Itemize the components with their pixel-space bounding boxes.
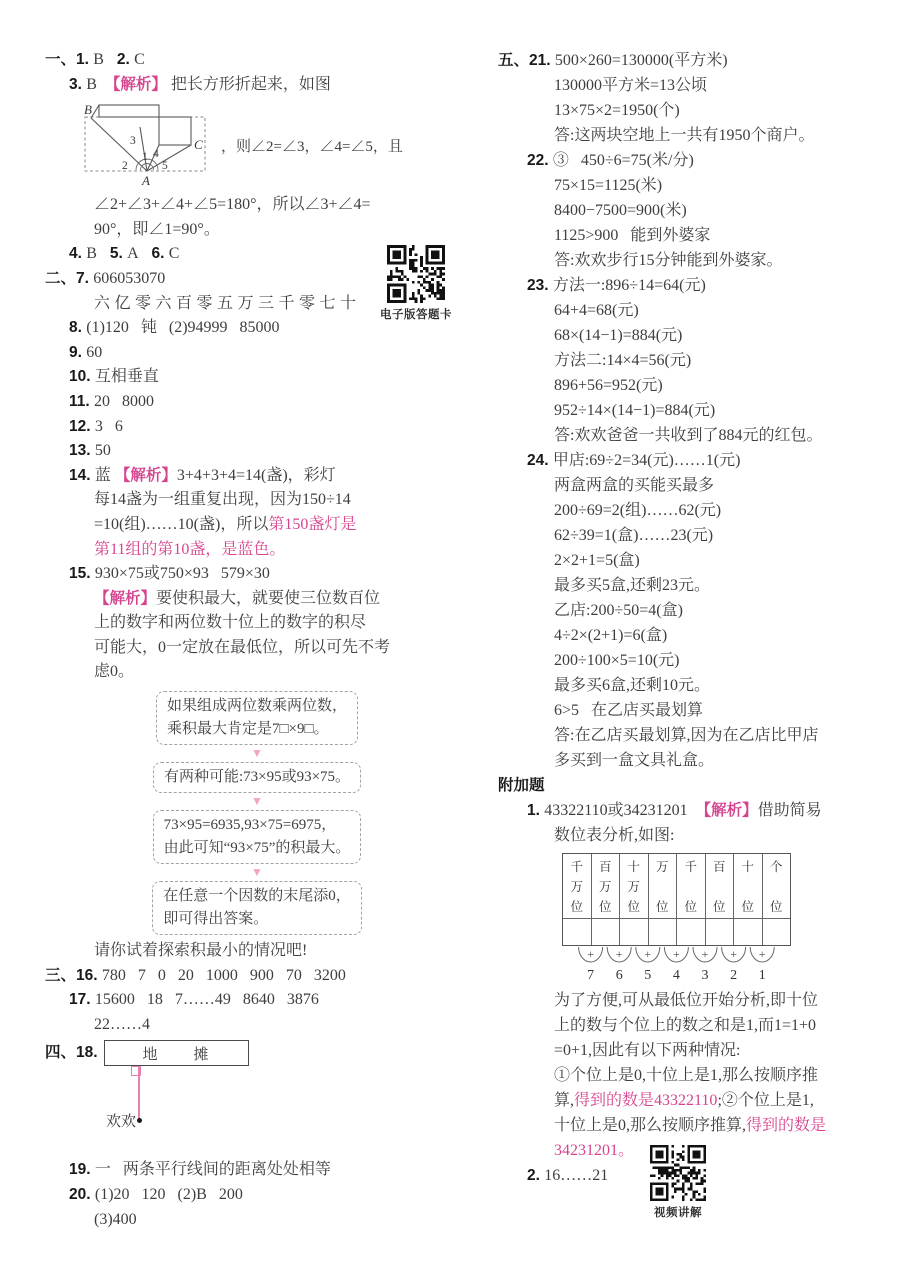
answer-line: 答:在乙店买最划算,因为在乙店比甲店 xyxy=(498,723,894,748)
answer-line: 方法二:14×4=56(元) xyxy=(498,348,894,373)
fold-right-flap xyxy=(159,117,191,145)
header-char: 千 xyxy=(570,857,583,875)
left-column: 一、1. B 2. C3. B 【解析】 把长方形折起来，如图 B A C 3 … xyxy=(45,48,469,1232)
fold-side-text: ，则∠2=∠3，∠4=∠5，且 xyxy=(221,135,403,156)
text-segment: ①个位上是0,十位上是1,那么按顺序推 xyxy=(554,1067,818,1084)
answer-line: 22……4 xyxy=(45,1013,469,1038)
qr-label: 视频讲解 xyxy=(636,1204,720,1220)
answer-line: 68×(14−1)=884(元) xyxy=(498,323,894,348)
answer-line: ∠2+∠3+∠4+∠5=180°，所以∠3+∠4= xyxy=(45,193,469,218)
pairing-arcs: +7+6+5+4+3+2+1 xyxy=(562,946,791,984)
pair-sum-label: 1 xyxy=(759,968,766,983)
answer-line: 22. ③ 450÷6=75(米/分) xyxy=(498,148,894,173)
text-segment: 最多买5盒,还剩23元。 xyxy=(554,577,710,594)
digit-cell xyxy=(763,918,791,945)
down-arrow-icon: ▼ xyxy=(45,745,469,762)
digit-cell xyxy=(592,918,620,945)
text-segment: 22. xyxy=(527,152,553,169)
text-segment: 最多买6盒,还剩10元。 xyxy=(554,677,710,694)
fold-diagram: B A C 3 1 4 2 5 xyxy=(79,101,217,189)
answer-line: 90°，即∠1=90°。 xyxy=(45,218,469,243)
text-segment: 130000平方米=13公顷 xyxy=(554,77,707,94)
text-segment: 多买到一盒文具礼盒。 xyxy=(554,752,714,769)
text-segment: 75×15=1125(米) xyxy=(554,177,662,194)
answer-line: 3. B 【解析】 把长方形折起来，如图 xyxy=(45,73,469,98)
answer-line: 答:欢欢步行15分钟能到外婆家。 xyxy=(498,248,894,273)
answer-line: 10. 互相垂直 xyxy=(45,365,469,390)
stall-diagram: 地 摊 欢欢 xyxy=(104,1040,249,1146)
plus-sign: + xyxy=(616,947,623,961)
text-segment: 500×260=130000(平方米) xyxy=(555,52,728,69)
text-segment: 64+4=68(元) xyxy=(554,302,639,319)
text-segment: 8400−7500=900(米) xyxy=(554,202,687,219)
answer-line: 【解析】要使积最大，就要使三位数百位 xyxy=(45,587,469,612)
down-arrow-icon: ▼ xyxy=(45,864,469,881)
text-segment: 答:欢欢步行15分钟能到外婆家。 xyxy=(554,252,782,269)
text-segment: 一 两条平行线间的距离处处相等 xyxy=(95,1161,331,1178)
answer-line: 一、1. B 2. C xyxy=(45,48,469,73)
answer-line: 最多买5盒,还剩23元。 xyxy=(498,573,894,598)
text-segment: 22……4 xyxy=(94,1016,150,1033)
text-segment: 算, xyxy=(554,1092,574,1109)
text-segment: 得到的数是43322110 xyxy=(574,1092,717,1109)
header-char: 万 xyxy=(656,857,669,875)
answer-line: 13. 50 xyxy=(45,439,469,464)
answer-line: 11. 20 8000 xyxy=(45,390,469,415)
text-segment: 【解析】 xyxy=(115,467,177,484)
answer-line: =10(组)……10(盏)，所以第150盏灯是 xyxy=(45,513,469,538)
text-segment: B xyxy=(86,76,105,93)
place-value-column: 十位 xyxy=(733,854,762,945)
vertex-label-a: A xyxy=(141,173,150,188)
text-segment: 24. xyxy=(527,452,553,469)
flowchart-box: 73×95=6935,93×75=6975，由此可知“93×75”的积最大。 xyxy=(153,810,362,864)
header-char: 万 xyxy=(570,877,583,895)
text-segment: 答:欢欢爸爸一共收到了884元的红包。 xyxy=(554,427,822,444)
flowchart-box-line: 有两种可能:73×95或93×75。 xyxy=(164,766,350,789)
text-segment: 2×2+1=5(盒) xyxy=(554,552,640,569)
text-segment: 上的数与个位上的数之和是1,而1=1+0 xyxy=(554,1017,816,1034)
answer-line: 952÷14×(14−1)=884(元) xyxy=(498,398,894,423)
place-value-column: 千万位 xyxy=(563,854,591,945)
digit-cell xyxy=(734,918,762,945)
text-segment: 得到的数是 xyxy=(746,1117,826,1134)
text-segment: 1. xyxy=(527,802,544,819)
text-segment: 虑0。 xyxy=(94,663,134,680)
text-segment: 可能大，0一定放在最低位，所以可先不考 xyxy=(94,639,390,656)
place-value-column: 百位 xyxy=(705,854,734,945)
answer-line: 可能大，0一定放在最低位，所以可先不考 xyxy=(45,636,469,661)
text-segment: =0+1,因此有以下两种情况: xyxy=(554,1042,741,1059)
answer-line: 算,得到的数是43322110;②个位上是1, xyxy=(498,1088,894,1113)
answer-line: 64+4=68(元) xyxy=(498,298,894,323)
place-value-header: 千万位 xyxy=(563,854,591,918)
text-segment: 3 6 xyxy=(95,418,123,435)
answer-line: 虑0。 xyxy=(45,660,469,685)
text-segment: 8. xyxy=(69,319,86,336)
answer-lines-group: 请你试着探索积最小的情况吧!三、16. 780 7 0 20 1000 900 … xyxy=(45,939,469,1037)
answer-lines-group: 五、21. 500×260=130000(平方米)130000平方米=13公顷1… xyxy=(498,48,894,848)
text-segment: 六亿零六百零五万三千零七十 xyxy=(94,295,361,312)
text-segment: ③ 450÷6=75(米/分) xyxy=(553,152,694,169)
answer-line: 23. 方法一:896÷14=64(元) xyxy=(498,273,894,298)
answer-line: 75×15=1125(米) xyxy=(498,173,894,198)
text-segment: 19. xyxy=(69,1161,95,1178)
flowchart-box: 如果组成两位数乘两位数，乘积最大肯定是7□×9□。 xyxy=(156,691,358,745)
text-segment: (1)120 钝 (2)94999 85000 xyxy=(86,319,279,336)
flowchart-box-line: 乘积最大肯定是7□×9□。 xyxy=(167,718,347,741)
text-segment: 6>5 在乙店买最划算 xyxy=(554,702,703,719)
header-char: 万 xyxy=(599,877,612,895)
text-segment: 200÷100×5=10(元) xyxy=(554,652,680,669)
text-segment: 【解析】 xyxy=(105,76,167,93)
text-segment: 896+56=952(元) xyxy=(554,377,663,394)
answer-line: 多买到一盒文具礼盒。 xyxy=(498,748,894,773)
header-char: 位 xyxy=(599,897,612,915)
text-segment: 62÷39=1(盒)……23(元) xyxy=(554,527,713,544)
text-segment: 606053070 xyxy=(93,270,165,287)
text-segment: 3+4+3+4=14(盏)，彩灯 xyxy=(177,467,336,484)
answer-line: 每14盏为一组重复出现，因为150÷14 xyxy=(45,488,469,513)
text-segment: 一、1. xyxy=(45,51,93,68)
header-char: 位 xyxy=(627,897,640,915)
text-segment: 5. xyxy=(97,245,127,262)
header-char: 千 xyxy=(684,857,697,875)
digit-cell xyxy=(620,918,648,945)
answer-line: 乙店:200÷50=4(盒) xyxy=(498,598,894,623)
answer-line: 五、21. 500×260=130000(平方米) xyxy=(498,48,894,73)
text-segment: 60 xyxy=(86,344,102,361)
stall-diagram-row: 四、18. 地 摊 欢欢 xyxy=(45,1040,469,1146)
flowchart: 如果组成两位数乘两位数，乘积最大肯定是7□×9□。▼有两种可能:73×95或93… xyxy=(45,691,469,935)
text-segment: 16……21 xyxy=(544,1167,608,1184)
angle-label-2: 2 xyxy=(122,160,128,172)
answer-lines-group: 19. 一 两条平行线间的距离处处相等20. (1)20 120 (2)B 20… xyxy=(45,1158,469,1232)
flowchart-box: 有两种可能:73×95或93×75。 xyxy=(153,762,361,793)
answer-line: 为了方便,可从最低位开始分析,即十位 xyxy=(498,988,894,1013)
place-value-header: 千位 xyxy=(677,854,705,918)
plus-sign: + xyxy=(730,947,737,961)
place-value-columns: 千万位百万位十万位万位千位百位十位个位 xyxy=(562,853,791,946)
down-arrow-icon: ▼ xyxy=(45,793,469,810)
text-segment: B xyxy=(86,245,97,262)
plus-sign: + xyxy=(759,947,766,961)
place-value-header: 百位 xyxy=(706,854,734,918)
text-segment: 15600 18 7……49 8640 3876 xyxy=(95,991,319,1008)
right-column: 五、21. 500×260=130000(平方米)130000平方米=13公顷1… xyxy=(498,48,894,1188)
text-segment: 23. xyxy=(527,277,553,294)
place-value-header: 个位 xyxy=(763,854,791,918)
header-char: 位 xyxy=(656,897,669,915)
text-segment: 1125>900 能到外婆家 xyxy=(554,227,710,244)
text-segment: 15. xyxy=(69,565,95,582)
flowchart-box-line: 在任意一个因数的末尾添0， xyxy=(163,885,351,908)
text-segment: 第150盏灯是 xyxy=(268,516,356,533)
pair-sum-label: 6 xyxy=(616,968,623,983)
text-segment: 答:这两块空地上一共有1950个商户。 xyxy=(554,127,814,144)
text-segment: 【解析】 xyxy=(94,590,156,607)
text-segment: 乙店:200÷50=4(盒) xyxy=(554,602,683,619)
answer-line: 8400−7500=900(米) xyxy=(498,198,894,223)
text-segment: 两盒两盒的买能买最多 xyxy=(554,477,714,494)
page: 一、1. B 2. C3. B 【解析】 把长方形折起来，如图 B A C 3 … xyxy=(0,0,900,1273)
place-value-column: 十万位 xyxy=(619,854,648,945)
qr-code xyxy=(650,1145,706,1201)
text-segment: 68×(14−1)=884(元) xyxy=(554,327,682,344)
answer-lines-group: 一、1. B 2. C3. B 【解析】 把长方形折起来，如图 xyxy=(45,48,469,97)
header-char: 位 xyxy=(770,897,783,915)
text-segment: B xyxy=(93,51,104,68)
text-segment: 20. xyxy=(69,1186,95,1203)
text-segment: 780 7 0 20 1000 900 70 3200 xyxy=(102,967,346,984)
answer-line: 上的数字和两位数十位上的数字的积尽 xyxy=(45,611,469,636)
text-segment: 三、16. xyxy=(45,967,102,984)
text-segment: C xyxy=(134,51,145,68)
text-segment: 把长方形折起来，如图 xyxy=(167,76,331,93)
answer-line: 200÷69=2(组)……62(元) xyxy=(498,498,894,523)
text-segment: 14. xyxy=(69,467,95,484)
text-segment: 上的数字和两位数十位上的数字的积尽 xyxy=(94,614,366,631)
text-segment: 十位上是0,那么按顺序推算, xyxy=(554,1117,746,1134)
flowchart-box: 在任意一个因数的末尾添0，即可得出答案。 xyxy=(152,881,362,935)
text-segment: 互相垂直 xyxy=(95,368,159,385)
flowchart-box-line: 由此可知“93×75”的积最大。 xyxy=(164,837,351,860)
pair-sum-label: 4 xyxy=(673,968,680,983)
place-value-header: 十万位 xyxy=(620,854,648,918)
answer-line: 13×75×2=1950(个) xyxy=(498,98,894,123)
header-char: 位 xyxy=(570,897,583,915)
stall-drop: 欢欢 xyxy=(104,1066,249,1142)
digit-cell xyxy=(706,918,734,945)
answer-line: 1. 43322110或34231201 【解析】借助简易 xyxy=(498,798,894,823)
place-value-column: 百万位 xyxy=(591,854,620,945)
answer-line: 第11组的第10盏，是蓝色。 xyxy=(45,538,469,563)
place-value-column: 千位 xyxy=(676,854,705,945)
text-segment: 第11组的第10盏，是蓝色。 xyxy=(94,541,285,558)
fold-top-flap xyxy=(99,105,159,117)
digit-cell xyxy=(677,918,705,945)
text-segment: 200÷69=2(组)……62(元) xyxy=(554,502,721,519)
place-value-header: 十位 xyxy=(734,854,762,918)
text-segment: A xyxy=(127,245,139,262)
text-segment: 4. xyxy=(69,245,86,262)
answer-line: 附加题 xyxy=(498,773,894,798)
fold-diagram-row: B A C 3 1 4 2 5 ，则∠2=∠3，∠4=∠5，且 xyxy=(79,99,469,191)
pair-sum-label: 2 xyxy=(730,968,737,983)
text-segment: 方法二:14×4=56(元) xyxy=(554,352,691,369)
header-char: 百 xyxy=(599,857,612,875)
plus-sign: + xyxy=(644,947,651,961)
text-segment: 要使积最大，就要使三位数百位 xyxy=(156,590,380,607)
item-18-marker: 四、18. xyxy=(45,1040,104,1146)
answer-line: 15. 930×75或750×93 579×30 xyxy=(45,562,469,587)
text-segment: (1)20 120 (2)B 200 xyxy=(95,1186,243,1203)
answer-line: 三、16. 780 7 0 20 1000 900 70 3200 xyxy=(45,964,469,989)
text-segment: 蓝 xyxy=(95,467,115,484)
answer-line: 17. 15600 18 7……49 8640 3876 xyxy=(45,988,469,1013)
angle-label-1: 1 xyxy=(142,151,148,163)
header-char: 个 xyxy=(770,857,783,875)
text-segment: 3. xyxy=(69,76,86,93)
header-char: 位 xyxy=(684,897,697,915)
answer-line: 9. 60 xyxy=(45,341,469,366)
text-segment: 4÷2×(2+1)=6(盒) xyxy=(554,627,667,644)
answer-line: 最多买6盒,还剩10元。 xyxy=(498,673,894,698)
answer-line: 200÷100×5=10(元) xyxy=(498,648,894,673)
answer-line: 19. 一 两条平行线间的距离处处相等 xyxy=(45,1158,469,1183)
flowchart-box-line: 73×95=6935,93×75=6975， xyxy=(164,814,351,837)
text-segment: 数位表分析,如图: xyxy=(554,827,674,844)
text-segment: 请你试着探索积最小的情况吧! xyxy=(94,942,307,959)
header-char: 位 xyxy=(713,897,726,915)
plus-sign: + xyxy=(673,947,680,961)
answer-line: =0+1,因此有以下两种情况: xyxy=(498,1038,894,1063)
answer-line: 6>5 在乙店买最划算 xyxy=(498,698,894,723)
stall-point xyxy=(137,1118,142,1123)
text-segment: 甲店:69÷2=34(元)……1(元) xyxy=(553,452,741,469)
answer-line: 896+56=952(元) xyxy=(498,373,894,398)
header-char: 百 xyxy=(713,857,726,875)
text-segment: C xyxy=(169,245,180,262)
flowchart-box-line: 即可得出答案。 xyxy=(163,908,351,931)
answer-line: 20. (1)20 120 (2)B 200 xyxy=(45,1183,469,1208)
answer-line: 数位表分析,如图: xyxy=(498,823,894,848)
answer-line: 两盒两盒的买能买最多 xyxy=(498,473,894,498)
answer-line: 请你试着探索积最小的情况吧! xyxy=(45,939,469,964)
text-segment: 【解析】 xyxy=(696,802,758,819)
fold-edge-line xyxy=(91,105,99,118)
qr-code xyxy=(387,245,445,303)
text-segment: (3)400 xyxy=(94,1211,137,1228)
answer-line: 130000平方米=13公顷 xyxy=(498,73,894,98)
header-char: 十 xyxy=(627,857,640,875)
text-segment: 952÷14×(14−1)=884(元) xyxy=(554,402,715,419)
answer-line: 14. 蓝 【解析】3+4+3+4=14(盏)，彩灯 xyxy=(45,464,469,489)
text-segment: 附加题 xyxy=(498,777,545,794)
text-segment: 方法一:896÷14=64(元) xyxy=(553,277,706,294)
answer-line: (3)400 xyxy=(45,1208,469,1233)
text-segment: 17. xyxy=(69,991,95,1008)
text-segment: 930×75或750×93 579×30 xyxy=(95,565,270,582)
flowchart-box-line: 如果组成两位数乘两位数， xyxy=(167,695,347,718)
text-segment: ;②个位上是1, xyxy=(717,1092,813,1109)
pair-sum-label: 7 xyxy=(587,968,594,983)
answer-line: 十位上是0,那么按顺序推算,得到的数是 xyxy=(498,1113,894,1138)
text-segment: 12. xyxy=(69,418,95,435)
answer-line: 答:欢欢爸爸一共收到了884元的红包。 xyxy=(498,423,894,448)
text-segment: 借助简易 xyxy=(758,802,822,819)
place-value-header: 百万位 xyxy=(592,854,620,918)
header-char: 万 xyxy=(627,877,640,895)
answer-line: 2×2+1=5(盒) xyxy=(498,548,894,573)
text-segment: 每14盏为一组重复出现，因为150÷14 xyxy=(94,491,351,508)
stall-connector-line xyxy=(138,1066,140,1120)
text-segment: 2. xyxy=(104,51,134,68)
angle-label-4: 4 xyxy=(153,148,159,160)
qr-card-video: 视频讲解 xyxy=(636,1145,720,1220)
angle-label-5: 5 xyxy=(162,160,168,172)
place-value-column: 万位 xyxy=(648,854,677,945)
stall-box: 地 摊 xyxy=(104,1040,249,1066)
angle-label-3: 3 xyxy=(130,135,136,147)
place-value-table: 千万位百万位十万位万位千位百位十位个位 +7+6+5+4+3+2+1 xyxy=(562,853,792,984)
answer-line: 1125>900 能到外婆家 xyxy=(498,223,894,248)
digit-cell xyxy=(649,918,677,945)
text-segment: 为了方便,可从最低位开始分析,即十位 xyxy=(554,992,818,1009)
place-value-header: 万位 xyxy=(649,854,677,918)
text-segment: 11. xyxy=(69,393,94,410)
plus-sign: + xyxy=(587,947,594,961)
pair-sum-label: 5 xyxy=(644,968,651,983)
text-segment: ∠2+∠3+∠4+∠5=180°，所以∠3+∠4= xyxy=(94,196,371,213)
answer-line: 62÷39=1(盒)……23(元) xyxy=(498,523,894,548)
text-segment: 34231201。 xyxy=(554,1142,634,1159)
answer-line: 24. 甲店:69÷2=34(元)……1(元) xyxy=(498,448,894,473)
vertex-label-b: B xyxy=(84,102,92,117)
stall-point-label: 欢欢 xyxy=(106,1110,136,1131)
qr-card-answer-sheet: 电子版答题卡 xyxy=(371,245,461,322)
pair-sum-label: 3 xyxy=(702,968,709,983)
text-segment: 二、7. xyxy=(45,270,93,287)
text-segment: 10. xyxy=(69,368,95,385)
text-segment: 6. xyxy=(139,245,169,262)
text-segment: 50 xyxy=(95,442,111,459)
text-segment: 2. xyxy=(527,1167,544,1184)
text-segment: 90°，即∠1=90°。 xyxy=(94,221,220,238)
text-segment: 13×75×2=1950(个) xyxy=(554,102,680,119)
answer-line: 上的数与个位上的数之和是1,而1=1+0 xyxy=(498,1013,894,1038)
text-segment: 13. xyxy=(69,442,95,459)
text-segment: 20 8000 xyxy=(94,393,154,410)
text-segment: =10(组)……10(盏)，所以 xyxy=(94,516,268,533)
answer-line: ①个位上是0,十位上是1,那么按顺序推 xyxy=(498,1063,894,1088)
answer-line: 答:这两块空地上一共有1950个商户。 xyxy=(498,123,894,148)
answer-line: 4÷2×(2+1)=6(盒) xyxy=(498,623,894,648)
plus-sign: + xyxy=(702,947,709,961)
text-segment: 答:在乙店买最划算,因为在乙店比甲店 xyxy=(554,727,818,744)
text-segment: 43322110或34231201 xyxy=(544,802,695,819)
header-char: 十 xyxy=(741,857,754,875)
text-segment: 五、21. xyxy=(498,52,555,69)
header-char: 位 xyxy=(741,897,754,915)
digit-cell xyxy=(563,918,591,945)
qr-label: 电子版答题卡 xyxy=(371,306,461,322)
place-value-column: 个位 xyxy=(762,854,791,945)
text-segment: 9. xyxy=(69,344,86,361)
vertex-label-c: C xyxy=(194,137,203,152)
answer-line: 12. 3 6 xyxy=(45,415,469,440)
